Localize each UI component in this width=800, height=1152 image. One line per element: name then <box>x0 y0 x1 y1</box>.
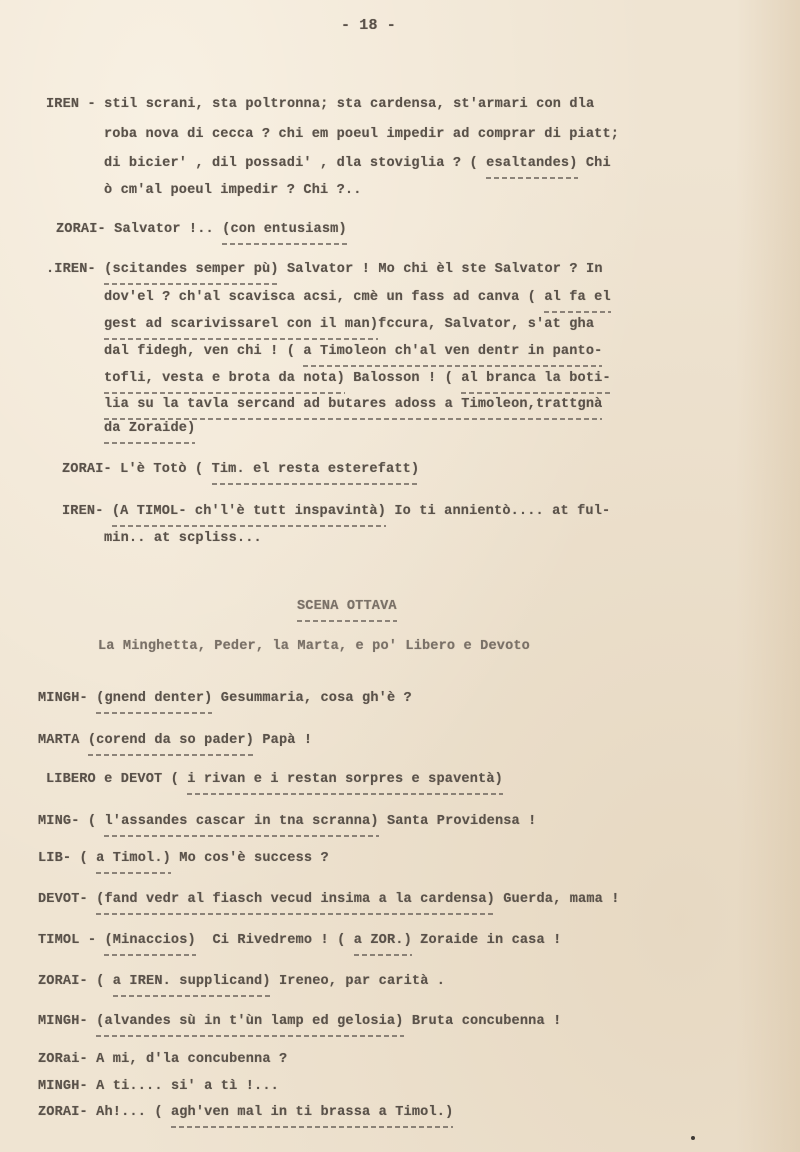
speaker-name: MARTA <box>38 733 80 748</box>
dialogue-text: fccura, Salvator, s'at gha <box>378 317 594 332</box>
speech-line: .IREN- (scitandes semper pù) Salvator ! … <box>46 263 603 277</box>
speech-line: IREN - stil scrani, sta poltronna; sta c… <box>46 98 594 112</box>
speaker-name: IREN - <box>46 97 96 112</box>
speaker-name: ZORAI- <box>62 462 112 477</box>
dialogue-text: A mi, d'la concubenna ? <box>96 1052 287 1067</box>
dialogue-text: di bicier' , dil possadi' , dla stovigli… <box>104 156 486 171</box>
speech-line: di bicier' , dil possadi' , dla stovigli… <box>104 157 611 171</box>
speaker-name: ZORAI- <box>38 974 88 989</box>
spacer <box>88 1014 96 1029</box>
ink-spot <box>691 1136 695 1140</box>
dialogue-text: Io ti annientò.... at ful- <box>386 504 610 519</box>
stage-direction: al fa el <box>544 291 610 305</box>
dialogue-text: Chi <box>578 156 611 171</box>
dialogue-text: Santa Providensa ! <box>379 814 537 829</box>
dialogue-text: A ti.... si' a tì !... <box>96 1079 279 1094</box>
stage-direction: al branca la boti- <box>461 372 611 386</box>
stage-direction: a Timoleon ch'al ven dentr in panto- <box>303 345 602 359</box>
scene-title: SCENA OTTAVA <box>297 600 397 614</box>
dialogue-text: Papà ! <box>254 733 312 748</box>
stage-direction: (gnend denter) <box>96 692 212 706</box>
spacer <box>88 691 96 706</box>
spacer <box>80 733 88 748</box>
stage-direction: a Timol.) <box>96 852 171 866</box>
speech-line: LIBERO e DEVOT ( i rivan e i restan sorp… <box>46 773 503 787</box>
stage-direction: (alvandes sù in t'ùn lamp ed gelosia) <box>96 1015 403 1029</box>
speech-line: ZORAI- ( a IREN. supplicand) Ireneo, par… <box>38 975 445 989</box>
scene-characters: La Minghetta, Peder, la Marta, e po' Lib… <box>98 640 530 654</box>
speaker-name: .IREN- <box>46 262 96 277</box>
spacer: ( <box>162 772 187 787</box>
dialogue-text <box>104 504 112 519</box>
speech-line: dal fidegh, ven chi ! ( a Timoleon ch'al… <box>104 345 602 359</box>
stage-direction: gest ad scarivissarel con il man) <box>104 318 378 332</box>
dialogue-text: dov'el ? ch'al scavisca acsi, cmè un fas… <box>104 290 544 305</box>
spacer <box>96 933 104 948</box>
speech-line: ZORai- A mi, d'la concubenna ? <box>38 1053 287 1067</box>
speech-line: lia su la tavla sercand ad butares adoss… <box>104 398 602 412</box>
speaker-name: IREN- <box>62 504 104 519</box>
speech-line: MINGH- A ti.... si' a tì !... <box>38 1080 279 1094</box>
speech-line: MINGH- (gnend denter) Gesummaria, cosa g… <box>38 692 412 706</box>
dialogue-text: Salvator !.. <box>106 222 222 237</box>
speech-line: MINGH- (alvandes sù in t'ùn lamp ed gelo… <box>38 1015 561 1029</box>
speaker-name: LIB- <box>38 851 71 866</box>
stage-direction: esaltandes) <box>486 157 577 171</box>
stage-direction: (corend da so pader) <box>88 734 254 748</box>
speaker-name: ZORAI- <box>38 1105 88 1120</box>
speech-line: MING- ( l'assandes cascar in tna scranna… <box>38 815 537 829</box>
speaker-name: ZORai- <box>38 1052 88 1067</box>
dialogue-text: Balosson ! ( <box>345 371 461 386</box>
spacer <box>88 1052 96 1067</box>
page-number: - 18 - <box>341 18 396 33</box>
stage-direction: lia su la tavla sercand ad butares adoss… <box>104 398 602 412</box>
dialogue-text: Ci Rivedremo ! ( <box>196 933 354 948</box>
stage-direction: a IREN. supplicand) <box>113 975 271 989</box>
speaker-name: TIMOL - <box>38 933 96 948</box>
stage-direction: i rivan e i restan sorpres e spaventà) <box>187 773 503 787</box>
speech-line: MARTA (corend da so pader) Papà ! <box>38 734 312 748</box>
dialogue-text: stil scrani, sta poltronna; sta cardensa… <box>104 97 594 112</box>
dialogue-text: Ah!... ( <box>88 1105 171 1120</box>
spacer: ( <box>80 814 105 829</box>
speech-line: ZORAI- L'è Totò ( Tim. el resta esterefa… <box>62 463 419 477</box>
speech-line: da Zoraide) <box>104 422 195 436</box>
dialogue-text: Ireneo, par carità . <box>271 974 445 989</box>
speech-line: tofli, vesta e brota da nota) Balosson !… <box>104 372 611 386</box>
speaker-name: DEVOT- <box>38 892 88 907</box>
dialogue-text: dal fidegh, ven chi ! ( <box>104 344 303 359</box>
speaker-name: LIBERO e DEVOT <box>46 772 162 787</box>
stage-direction: (fand vedr al fiasch vecud insima a la c… <box>96 893 495 907</box>
speech-line: ZORAI- Ah!... ( agh'ven mal in ti brassa… <box>38 1106 453 1120</box>
speech-line: ZORAI- Salvator !.. (con entusiasm) <box>56 223 347 237</box>
spacer <box>88 1079 96 1094</box>
scene-title-text: SCENA OTTAVA <box>297 600 397 614</box>
stage-direction: (con entusiasm) <box>222 223 347 237</box>
stage-direction: tofli, vesta e brota da nota) <box>104 372 345 386</box>
speaker-name: MINGH- <box>38 1014 88 1029</box>
spacer <box>88 892 96 907</box>
dialogue-text: Guerda, mama ! <box>495 892 620 907</box>
stage-direction: Tim. el resta esterefatt) <box>212 463 420 477</box>
stage-direction: da Zoraide) <box>104 422 195 436</box>
speaker-name: MING- <box>38 814 80 829</box>
dialogue-text: Gesummaria, cosa gh'è ? <box>212 691 411 706</box>
stage-direction: (Minaccios) <box>104 934 195 948</box>
dialogue-text: Salvator ! Mo chi èl ste Salvator ? In <box>279 262 603 277</box>
speaker-name: MINGH- <box>38 1079 88 1094</box>
speech-line: DEVOT- (fand vedr al fiasch vecud insima… <box>38 893 620 907</box>
dialogue-text: Bruta concubenna ! <box>404 1014 562 1029</box>
spacer: ( <box>88 974 113 989</box>
dialogue-text: Mo cos'è success ? <box>171 851 329 866</box>
speech-line: LIB- ( a Timol.) Mo cos'è success ? <box>38 852 329 866</box>
speech-line: IREN- (A TIMOL- ch'l'è tutt inspavintà) … <box>62 505 610 519</box>
stage-direction: agh'ven mal in ti brassa a Timol.) <box>171 1106 453 1120</box>
speech-line: ò cm'al poeul impedir ? Chi ?.. <box>104 184 362 198</box>
spacer: ( <box>71 851 96 866</box>
dialogue-text: Zoraide in casa ! <box>412 933 562 948</box>
speaker-name: MINGH- <box>38 691 88 706</box>
stage-direction: (A TIMOL- ch'l'è tutt inspavintà) <box>112 505 386 519</box>
speech-line: min.. at scpliss... <box>104 532 262 546</box>
speech-line: gest ad scarivissarel con il man)fccura,… <box>104 318 594 332</box>
stage-direction: l'assandes cascar in tna scranna) <box>104 815 378 829</box>
dialogue-text: L'è Totò ( <box>112 462 212 477</box>
stage-direction: (scitandes semper pù) <box>104 263 278 277</box>
speech-line: TIMOL - (Minaccios) Ci Rivedremo ! ( a Z… <box>38 934 561 948</box>
speaker-name: ZORAI- <box>56 222 106 237</box>
typewritten-page: - 18 - IREN - stil scrani, sta poltronna… <box>0 0 800 1152</box>
speech-line: dov'el ? ch'al scavisca acsi, cmè un fas… <box>104 291 611 305</box>
stage-direction: a ZOR.) <box>354 934 412 948</box>
speech-line: roba nova di cecca ? chi em poeul impedi… <box>104 128 619 142</box>
